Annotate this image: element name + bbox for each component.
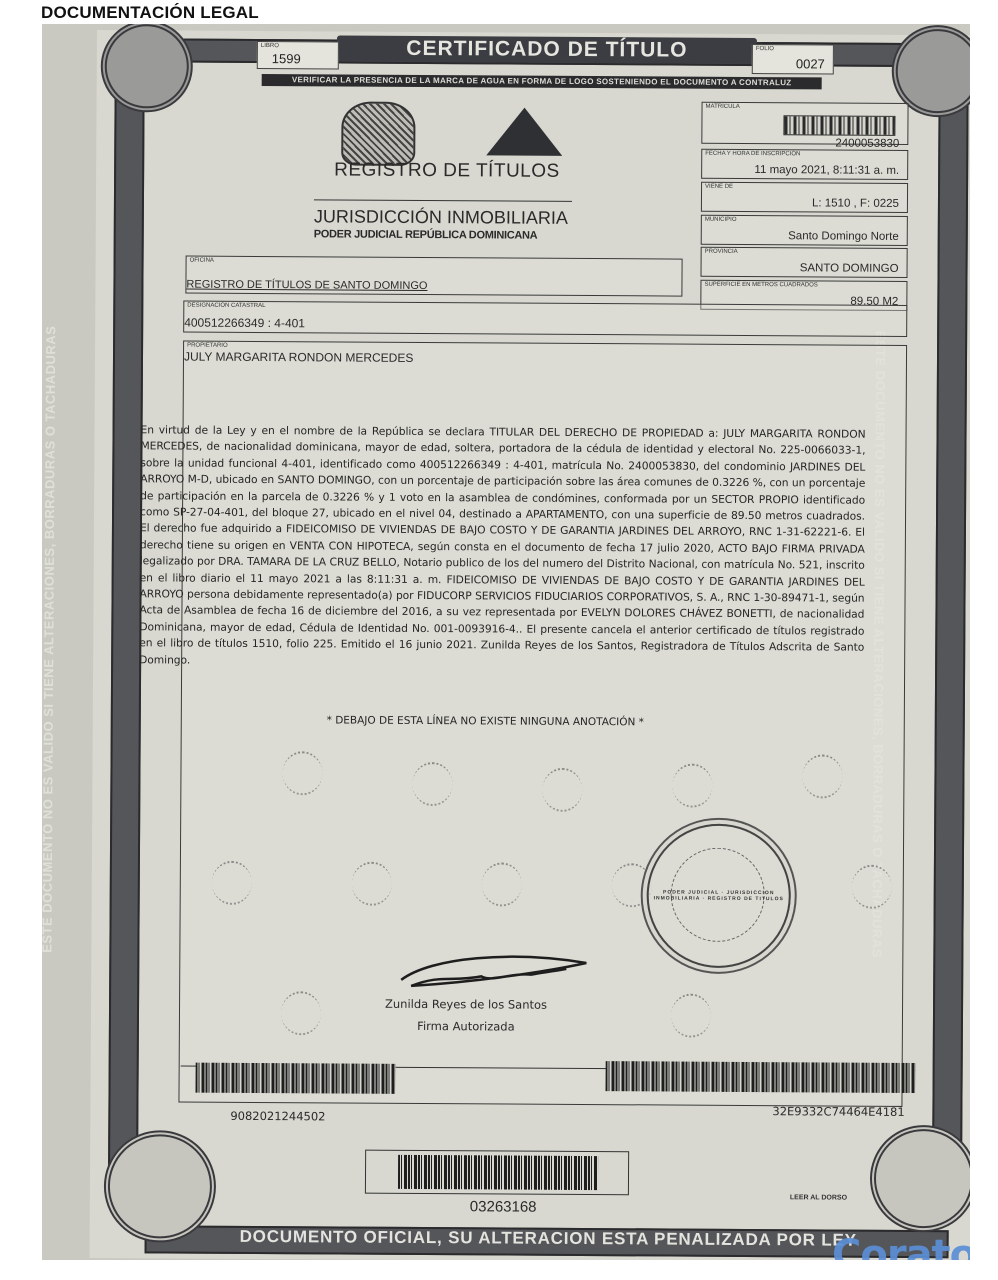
watermark-pattern xyxy=(352,862,392,906)
registro-titulos-stamp: PODER JUDICIAL · JURISDICCION INMOBILIAR… xyxy=(646,823,791,968)
fecha-value: 11 mayo 2021, 8:11:31 a. m. xyxy=(754,164,899,177)
watermark-pattern xyxy=(802,754,842,798)
certificate-photo: ESTE DOCUMENTO NO ES VALIDO SI TIENE ALT… xyxy=(42,24,970,1260)
jurisdiccion-logo-icon xyxy=(486,107,562,155)
watermark-pattern xyxy=(212,861,252,905)
jurisdiccion-title: JURISDICCIÓN INMOBILIARIA xyxy=(314,206,568,229)
certificate-declaration-text: En virtud de la Ley y en el nombre de la… xyxy=(139,422,865,673)
signature-icon xyxy=(391,952,591,993)
provincia-value: SANTO DOMINGO xyxy=(800,262,899,275)
matricula-value: 2400053830 xyxy=(835,138,899,150)
signer-name: Zunilda Reyes de los Santos xyxy=(351,997,581,1012)
left-barcode-number: 9082021244502 xyxy=(230,1109,325,1124)
oficina-value: REGISTRO DE TÍTULOS DE SANTO DOMINGO xyxy=(186,279,427,292)
provincia-label: PROVINCIA xyxy=(705,249,738,255)
viene-de-field: VIENE DE L: 1510 , F: 0225 xyxy=(701,182,908,213)
watermark-pattern xyxy=(281,991,321,1035)
watermark-verify-notice: VERIFICAR LA PRESENCIA DE LA MARCA DE AG… xyxy=(262,74,822,89)
folio-box: FOLIO 0027 xyxy=(752,44,834,75)
provincia-field: PROVINCIA SANTO DOMINGO xyxy=(701,247,908,278)
stamp-text: PODER JUDICIAL · JURISDICCION INMOBILIAR… xyxy=(649,889,789,902)
watermark-pattern xyxy=(671,994,711,1038)
designacion-catastral-field: DESIGNACIÓN CATASTRAL 400512266349 : 4-4… xyxy=(183,301,907,337)
bottom-official-notice: DOCUMENTO OFICIAL, SU ALTERACION ESTA PE… xyxy=(240,1227,857,1251)
matricula-barcode xyxy=(783,115,895,136)
matricula-label: MATRÍCULA xyxy=(706,104,740,110)
libro-label: LIBRO xyxy=(261,43,279,49)
libro-box: LIBRO 1599 xyxy=(257,41,339,70)
folio-value: 0027 xyxy=(796,56,825,71)
libro-value: 1599 xyxy=(272,51,301,66)
bottom-barcode xyxy=(398,1155,598,1190)
matricula-field: MATRÍCULA 2400053830 xyxy=(701,102,908,145)
certificate-paper: ESTE DOCUMENTO NO ES VALIDO SI TIENE ALT… xyxy=(89,30,970,1260)
propietario-label: PROPIETARIO xyxy=(187,343,228,349)
oficina-field: OFICINA REGISTRO DE TÍTULOS DE SANTO DOM… xyxy=(185,256,682,297)
watermark-pattern xyxy=(852,865,892,909)
propietario-value: JULY MARGARITA RONDON MERCEDES xyxy=(184,350,413,365)
watermark-pattern xyxy=(482,862,522,906)
registro-title: REGISTRO DE TÍTULOS xyxy=(334,159,560,182)
oficina-label: OFICINA xyxy=(190,258,214,264)
left-barcode xyxy=(196,1063,396,1094)
certificate-title: CERTIFICADO DE TÍTULO xyxy=(337,35,757,64)
header-divider xyxy=(314,199,572,202)
coat-of-arms-icon xyxy=(341,101,415,165)
folio-label: FOLIO xyxy=(756,46,774,52)
watermark-pattern xyxy=(282,751,322,795)
signer-role: Firma Autorizada xyxy=(351,1019,581,1034)
bottom-barcode-frame xyxy=(365,1150,629,1196)
municipio-field: MUNICIPIO Santo Domingo Norte xyxy=(701,215,908,246)
brand-watermark: Coratos xyxy=(832,1232,970,1260)
watermark-pattern xyxy=(542,768,582,812)
leer-al-dorso-label: LEER AL DORSO xyxy=(790,1194,847,1201)
municipio-label: MUNICIPIO xyxy=(705,217,737,223)
poder-judicial-subtitle: PODER JUDICIAL REPÚBLICA DOMINICANA xyxy=(314,228,538,241)
right-border-band: ESTE DOCUMENTO NO ES VALIDO SI TIENE ALT… xyxy=(932,95,969,1199)
fecha-label: FECHA Y HORA DE INSCRIPCIÓN xyxy=(705,151,800,158)
right-barcode-number: 32E9332C74464E4181 xyxy=(772,1104,904,1119)
left-side-notice: ESTE DOCUMENTO NO ES VALIDO SI TIENE ALT… xyxy=(42,326,58,953)
fecha-inscripcion-field: FECHA Y HORA DE INSCRIPCIÓN 11 mayo 2021… xyxy=(701,149,908,180)
watermark-pattern xyxy=(672,764,712,808)
superficie-label: SUPERFICIE EN METROS CUADRADOS xyxy=(704,282,817,289)
designacion-label: DESIGNACIÓN CATASTRAL xyxy=(187,303,265,309)
municipio-value: Santo Domingo Norte xyxy=(788,230,899,243)
designacion-value: 400512266349 : 4-401 xyxy=(184,316,305,331)
page-heading: DOCUMENTACIÓN LEGAL xyxy=(41,3,259,23)
right-barcode xyxy=(606,1061,916,1093)
bottom-barcode-number: 03263168 xyxy=(470,1198,537,1215)
viene-de-label: VIENE DE xyxy=(705,184,733,190)
watermark-pattern xyxy=(412,762,452,806)
viene-de-value: L: 1510 , F: 0225 xyxy=(812,197,899,210)
